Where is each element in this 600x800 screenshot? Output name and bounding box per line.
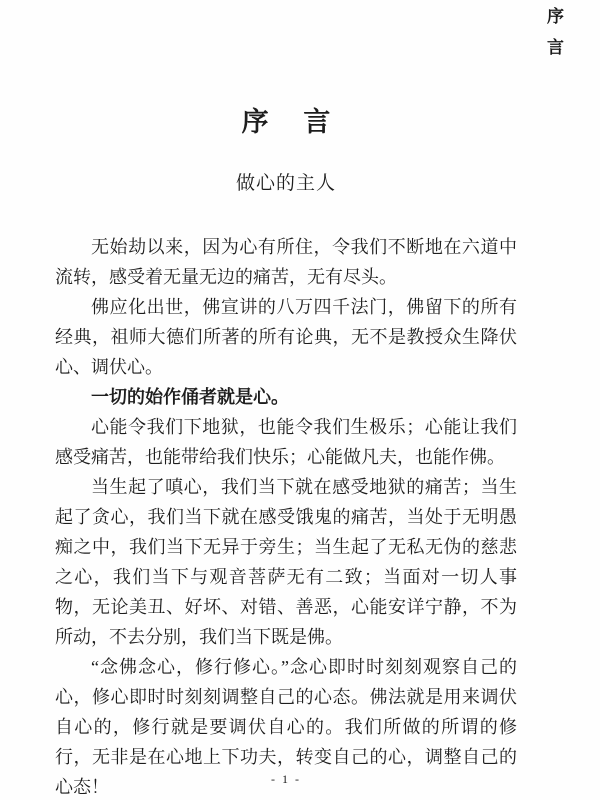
paragraph: 无始劫以来，因为心有所住，令我们不断地在六道中流转，感受着无量无边的痛苦，无有尽… xyxy=(55,232,517,292)
document-page: 序 言 序 言 做心的主人 无始劫以来，因为心有所住，令我们不断地在六道中流转，… xyxy=(0,0,600,800)
page-subtitle: 做心的主人 xyxy=(55,172,517,197)
running-header-char-2: 言 xyxy=(547,39,564,56)
paragraph: 当生起了嗔心，我们当下就在感受地狱的痛苦；当生起了贪心，我们当下就在感受饿鬼的痛… xyxy=(55,472,517,652)
page-number: - 1 - xyxy=(55,772,517,787)
body-text: 无始劫以来，因为心有所住，令我们不断地在六道中流转，感受着无量无边的痛苦，无有尽… xyxy=(55,232,517,800)
running-header: 序 言 xyxy=(547,8,564,56)
paragraph: 一切的始作俑者就是心。 xyxy=(55,382,517,412)
paragraph: 心能令我们下地狱，也能令我们生极乐；心能让我们感受痛苦，也能带给我们快乐；心能做… xyxy=(55,412,517,472)
page-title: 序 言 xyxy=(55,106,517,138)
paragraph: 佛应化出世，佛宣讲的八万四千法门，佛留下的所有经典，祖师大德们所著的所有论典，无… xyxy=(55,292,517,382)
running-header-char-1: 序 xyxy=(547,8,564,25)
